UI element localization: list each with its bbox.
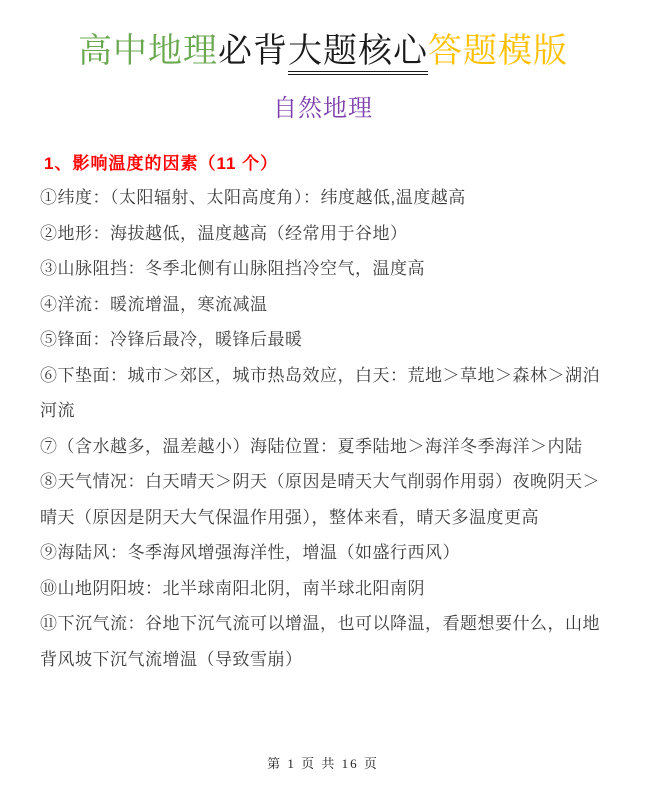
list-item: ⑪下沉气流：谷地下沉气流可以增温，也可以降温，看题想要什么，山地背风坡下沉气流增… — [40, 606, 604, 677]
factor-list: ①纬度：（太阳辐射、太阳高度角）：纬度越低,温度越高 ②地形：海拔越低，温度越高… — [40, 180, 604, 677]
list-item: ①纬度：（太阳辐射、太阳高度角）：纬度越低,温度越高 — [40, 180, 604, 216]
section-heading: 1、影响温度的因素（11 个） — [44, 149, 646, 174]
list-item: ⑥下垫面：城市＞郊区，城市热岛效应，白天：荒地＞草地＞森林＞湖泊河流 — [40, 358, 604, 429]
title-part-yellow: 答题模版 — [428, 33, 568, 70]
list-item: ⑨海陆风：冬季海风增强海洋性，增温（如盛行西风） — [40, 535, 604, 571]
page-number: 第 1 页 共 16 页 — [0, 753, 646, 772]
page-title: 高中地理必背大题核心答题模版 — [0, 30, 646, 74]
title-part-black: 必背 — [218, 33, 288, 70]
page-subtitle: 自然地理 — [0, 88, 646, 123]
title-part-green: 高中地理 — [78, 33, 218, 70]
document-page: 高中地理必背大题核心答题模版 自然地理 1、影响温度的因素（11 个） ①纬度：… — [0, 0, 646, 800]
title-part-underlined: 大题核心 — [288, 33, 428, 75]
list-item: ②地形：海拔越低，温度越高（经常用于谷地） — [40, 216, 604, 252]
list-item: ③山脉阻挡：冬季北侧有山脉阻挡冷空气，温度高 — [40, 251, 604, 287]
list-item: ④洋流：暖流增温，寒流减温 — [40, 287, 604, 323]
list-item: ⑩山地阴阳坡：北半球南阳北阴，南半球北阳南阴 — [40, 571, 604, 607]
list-item: ⑧天气情况：白天晴天＞阴天（原因是晴天大气削弱作用弱）夜晚阴天＞晴天（原因是阴天… — [40, 464, 604, 535]
list-item: ⑤锋面：冷锋后最冷，暖锋后最暖 — [40, 322, 604, 358]
list-item: ⑦（含水越多，温差越小）海陆位置：夏季陆地＞海洋冬季海洋＞内陆 — [40, 429, 604, 465]
